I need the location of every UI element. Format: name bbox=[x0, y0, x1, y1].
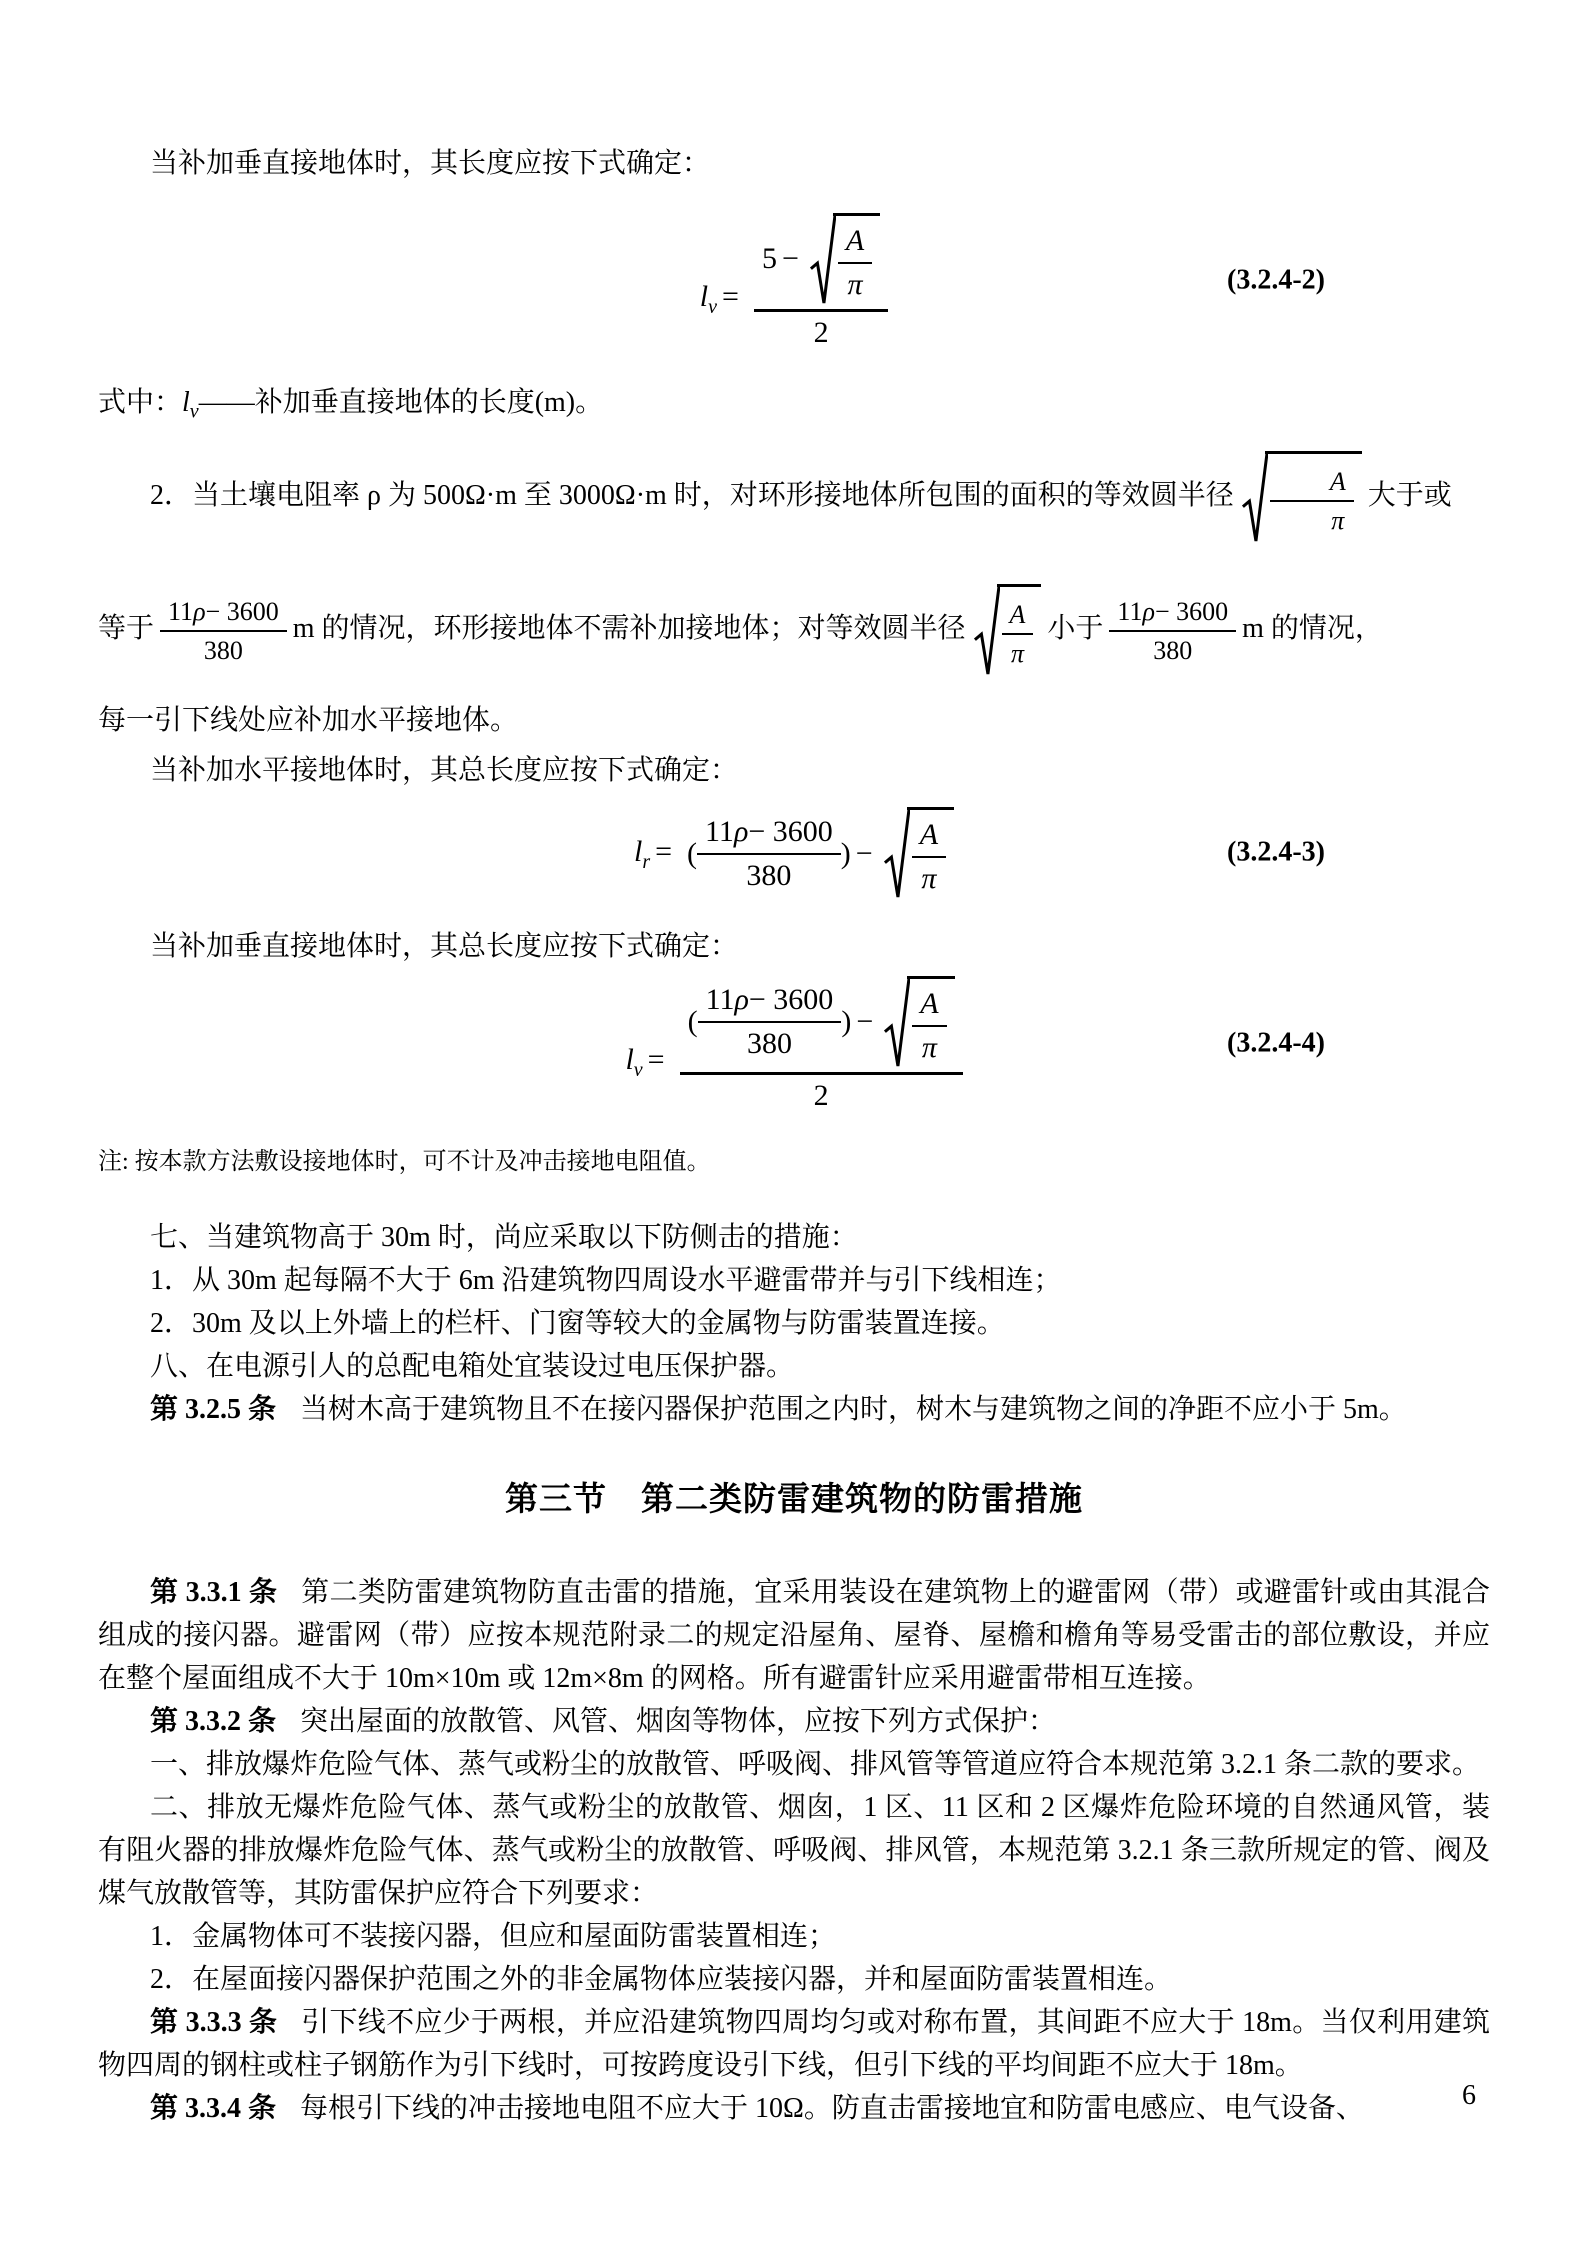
paragraph-chuizhi-2: 当补加垂直接地体时，其总长度应按下式确定： bbox=[98, 925, 1490, 968]
formula-lr: lr= ( 11ρ− 3600 380 ) − A π bbox=[634, 807, 954, 900]
paragraph-shizhong: 式中：lv——补加垂直接地体的长度(m)。 bbox=[98, 381, 1490, 434]
article-label: 第 3.3.3 条 bbox=[150, 2007, 277, 2038]
clause-8: 八、在电源引人的总配电箱处宜装设过电压保护器。 bbox=[98, 1345, 1490, 1388]
clause-er-item-1: 1．金属物体可不装接闪器，但应和屋面防雷装置相连； bbox=[98, 1915, 1490, 1958]
article-3-3-2: 第 3.3.2 条突出屋面的放散管、风管、烟囱等物体，应按下列方式保护： bbox=[98, 1700, 1490, 1743]
section-heading: 第三节 第二类防雷建筑物的防雷措施 bbox=[98, 1474, 1490, 1524]
a-over-pi: A π bbox=[912, 817, 946, 897]
article-label: 第 3.3.2 条 bbox=[150, 1706, 276, 1737]
a-over-pi: A π bbox=[838, 223, 872, 303]
inline-sqrt-a-pi: Aπ bbox=[1240, 451, 1362, 544]
article-label: 第 3.3.4 条 bbox=[150, 2093, 276, 2124]
paragraph-note: 注: 按本款方法敷设接地体时，可不计及冲击接地电阻值。 bbox=[98, 1144, 1490, 1180]
clause-7-item-2: 2．30m 及以上外墙上的栏杆、门窗等较大的金属物与防雷装置连接。 bbox=[98, 1302, 1490, 1345]
clause-yi: 一、排放爆炸危险气体、蒸气或粉尘的放散管、呼吸阀、排风管等管道应符合本规范第 3… bbox=[98, 1743, 1490, 1786]
article-3-3-3: 第 3.3.3 条引下线不应少于两根，并应沿建筑物四周均匀或对称布置，其间距不应… bbox=[98, 2001, 1490, 2087]
article-3-2-5: 第 3.2.5 条当树木高于建筑物且不在接闪器保护范围之内时，树木与建筑物之间的… bbox=[98, 1388, 1490, 1431]
formula-lhs: lv= bbox=[625, 1042, 669, 1082]
inline-rho-fraction: 11ρ− 3600380 bbox=[160, 596, 287, 666]
article-3-3-4: 第 3.3.4 条每根引下线的冲击接地电阻不应大于 10Ω。防直击雷接地宜和防雷… bbox=[98, 2087, 1490, 2130]
page-number: 6 bbox=[1462, 2080, 1476, 2112]
clause-7: 七、当建筑物高于 30m 时，尚应采取以下防侧击的措施： bbox=[98, 1216, 1490, 1259]
paragraph-meiyi: 每一引下线处应补加水平接地体。 bbox=[98, 699, 1490, 742]
square-root: A π bbox=[884, 807, 954, 900]
rho-fraction: 11ρ− 3600 380 bbox=[697, 814, 841, 894]
equation-3-2-4-2: lv= 5 − A π bbox=[98, 213, 1490, 351]
square-root: A π bbox=[884, 976, 954, 1069]
equation-3-2-4-4: lv= ( 11ρ− 3600 380 ) − bbox=[98, 976, 1490, 1114]
equation-number: (3.2.4-2) bbox=[1227, 265, 1325, 295]
equation-number: (3.2.4-3) bbox=[1227, 837, 1325, 867]
paragraph-dengyu: 等于11ρ− 3600380m 的情况，环形接地体不需补加接地体；对等效圆半径A… bbox=[98, 584, 1490, 677]
equation-3-2-4-3: lr= ( 11ρ− 3600 380 ) − A π bbox=[98, 807, 1490, 900]
paragraph-intro-vertical: 当补加垂直接地体时，其长度应按下式确定： bbox=[98, 142, 1490, 185]
clause-er: 二、排放无爆炸危险气体、蒸气或粉尘的放散管、烟囱，1 区、11 区和 2 区爆炸… bbox=[98, 1786, 1490, 1915]
formula-lv-1: lv= 5 − A π bbox=[700, 213, 888, 351]
paragraph-shuiping: 当补加水平接地体时，其总长度应按下式确定： bbox=[98, 749, 1490, 792]
main-fraction: 5 − A π bbox=[754, 213, 888, 351]
document-page: 当补加垂直接地体时，其长度应按下式确定： lv= 5 − A bbox=[0, 0, 1585, 2244]
article-label: 第 3.2.5 条 bbox=[150, 1394, 276, 1425]
inline-sqrt-a-pi: Aπ bbox=[972, 584, 1042, 677]
equation-number: (3.2.4-4) bbox=[1227, 1028, 1325, 1058]
paragraph-clause-2: 2．当土壤电阻率 ρ 为 500Ω·m 至 3000Ω·m 时，对环形接地体所包… bbox=[98, 451, 1490, 544]
article-3-3-1: 第 3.3.1 条第二类防雷建筑物防直击雷的措施，宜采用装设在建筑物上的避雷网（… bbox=[98, 1571, 1490, 1700]
formula-lhs: lv= bbox=[700, 279, 744, 319]
formula-lv-2: lv= ( 11ρ− 3600 380 ) − bbox=[625, 976, 962, 1114]
inline-rho-fraction: 11ρ− 3600380 bbox=[1109, 596, 1236, 666]
clause-er-item-2: 2．在屋面接闪器保护范围之外的非金属物体应装接闪器，并和屋面防雷装置相连。 bbox=[98, 1958, 1490, 2001]
a-over-pi: A π bbox=[912, 986, 946, 1066]
square-root: A π bbox=[810, 213, 880, 306]
clause-7-item-1: 1．从 30m 起每隔不大于 6m 沿建筑物四周设水平避雷带并与引下线相连； bbox=[98, 1259, 1490, 1302]
article-label: 第 3.3.1 条 bbox=[150, 1577, 277, 1608]
main-fraction: ( 11ρ− 3600 380 ) − A bbox=[680, 976, 963, 1114]
page-content: 当补加垂直接地体时，其长度应按下式确定： lv= 5 − A bbox=[98, 0, 1490, 2130]
formula-lhs: lr= bbox=[634, 834, 677, 874]
rho-fraction: 11ρ− 3600 380 bbox=[698, 982, 842, 1062]
